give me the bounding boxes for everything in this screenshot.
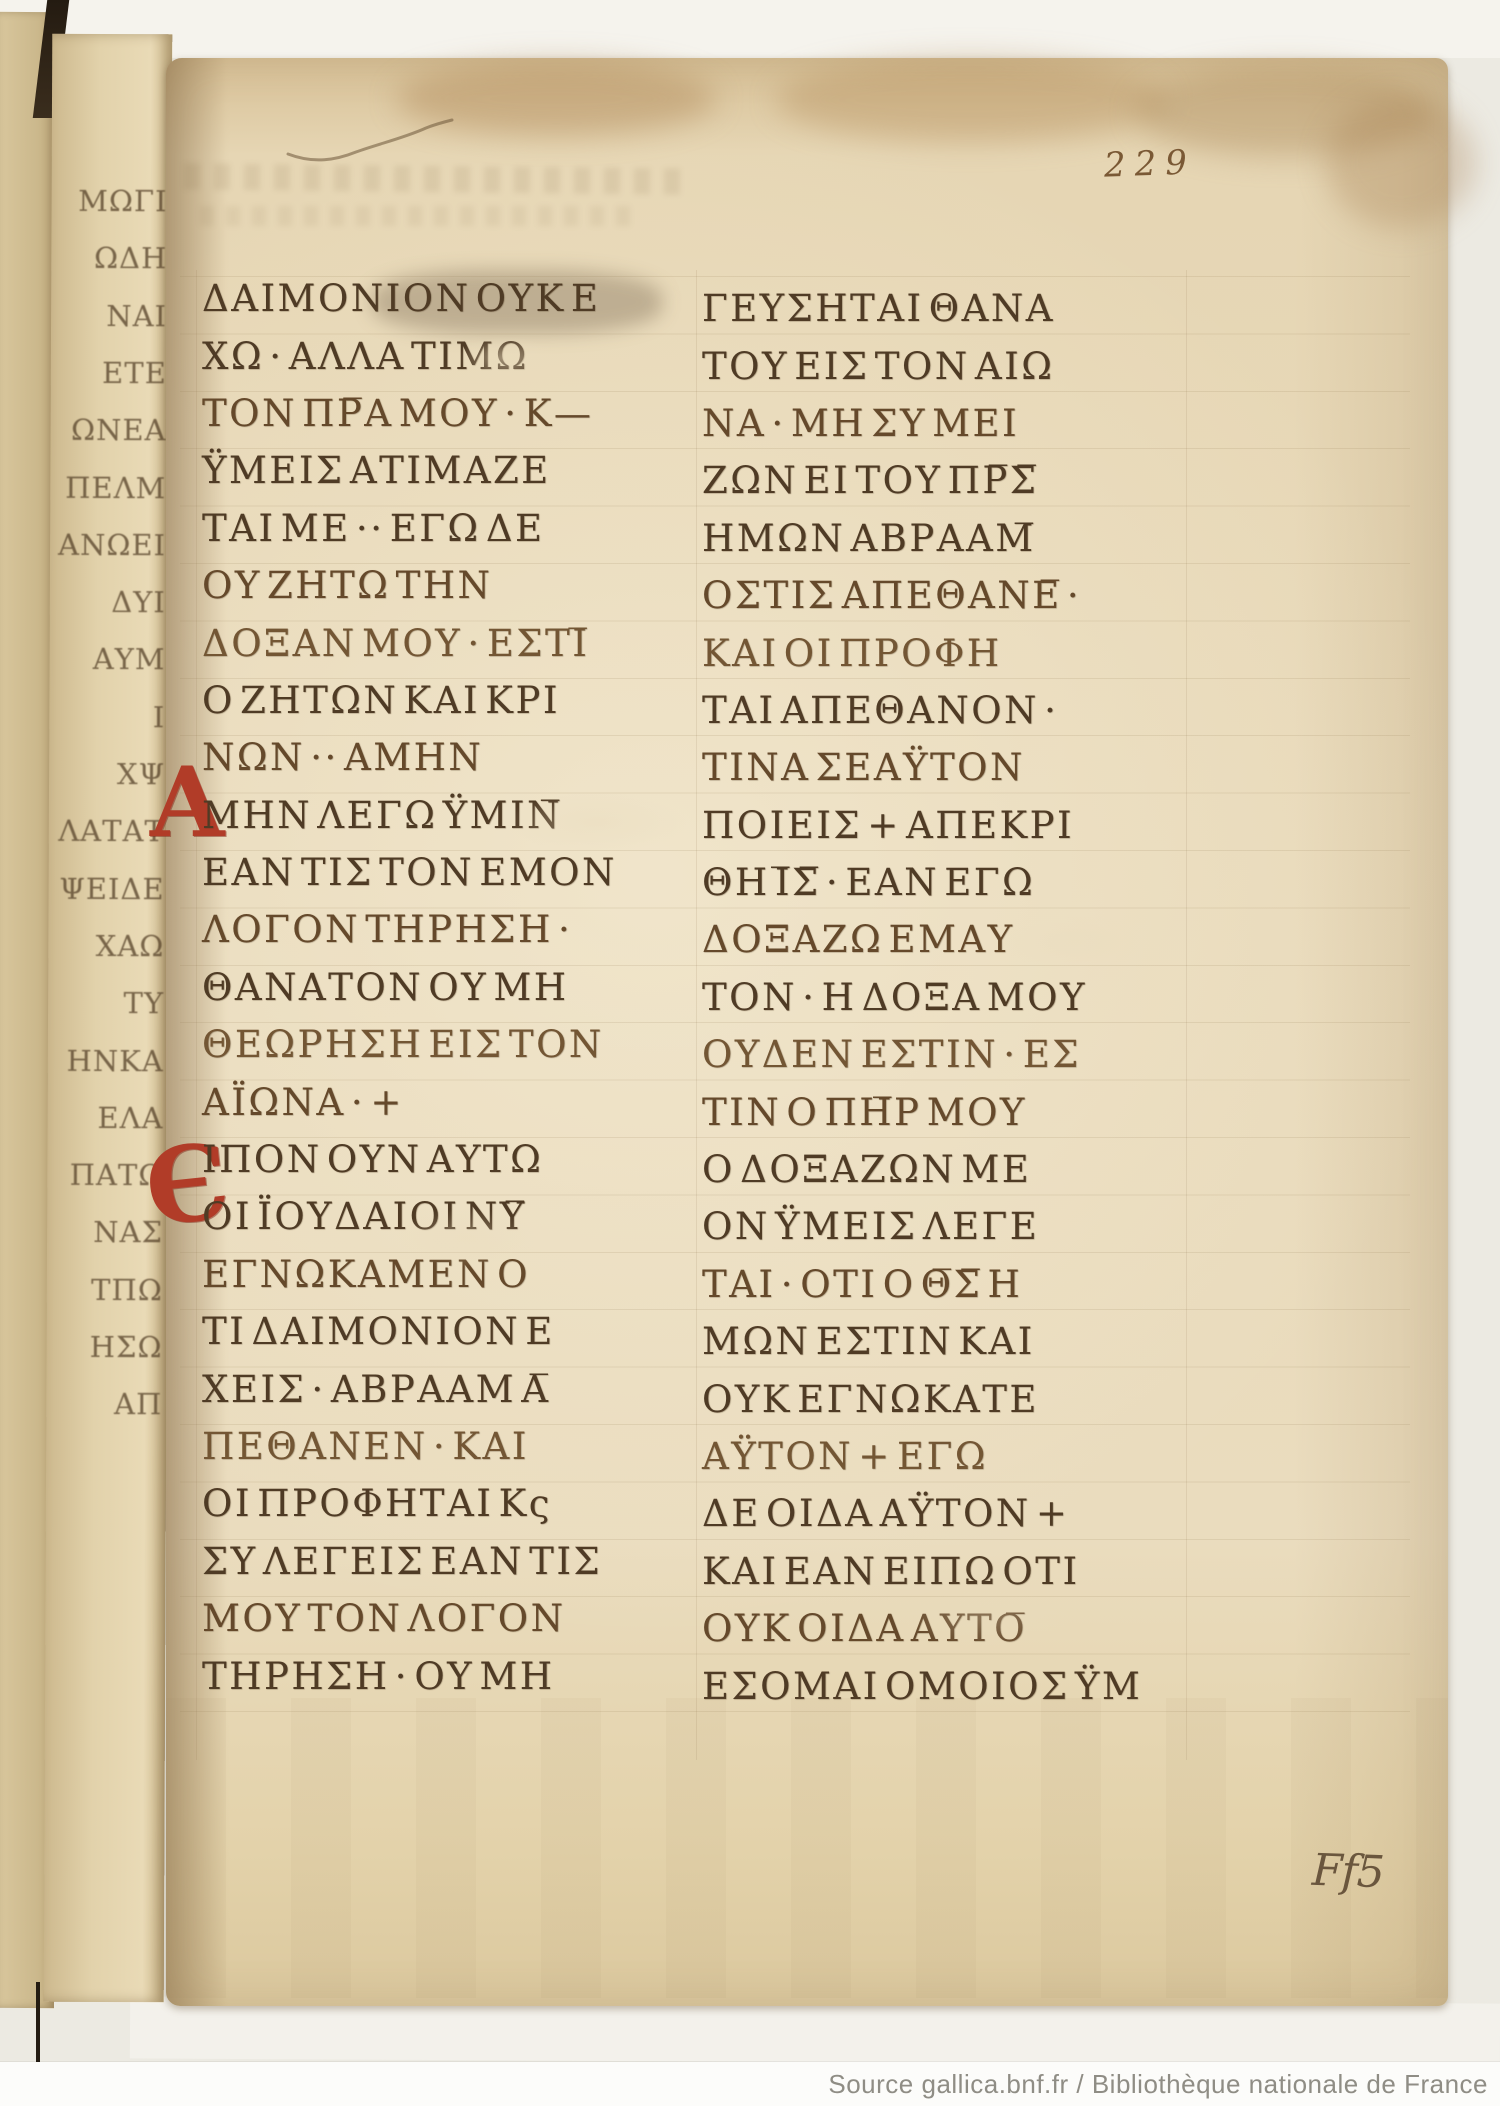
manuscript-text-line: ΟΙ ΠΡΟΦΗΤΑΙ Κς <box>202 1475 702 1532</box>
manuscript-text-line: ΜΩΝ ΕΣΤΙΝ ΚΑΙ <box>702 1313 1202 1370</box>
manuscript-text-line: ΤΟΥ ΕΙΣ ΤΟΝ ΑΙΩ <box>702 337 1202 394</box>
manuscript-text-line: ΠΕΘΑΝΕΝ · ΚΑΙ <box>202 1418 702 1475</box>
manuscript-text-line: ΚΑΙ ΟΙ ΠΡΟΦΗ <box>702 624 1202 681</box>
facing-page-text-fragment: ΔΥΙ <box>111 585 166 619</box>
facing-page-text-fragment: ΑΠ <box>114 1387 162 1421</box>
manuscript-text-line: ΙΠΟΝ ΟΥΝ ΑΥΤΩ <box>202 1131 702 1188</box>
parchment-stain <box>1326 98 1476 228</box>
facing-page-text-fragment: ΩΔΗ <box>94 241 167 275</box>
text-column-left: ΔΑΙΜΟΝΙΟΝ ΟΥΚ ΕΧΩ · ΑΛΛΑ ΤΙΜΩΤΟΝ ΠΡ̅Α ΜΟ… <box>202 270 702 1705</box>
manuscript-text-line: ΘΕΩΡΗΣΗ ΕΙΣ ΤΟΝ <box>202 1016 702 1073</box>
text-column-right: ΓΕΥΣΗΤΑΙ ΘΑΝΑΤΟΥ ΕΙΣ ΤΟΝ ΑΙΩΝΑ · ΜΗ ΣΥ Μ… <box>702 280 1202 1715</box>
binding-gutter-line <box>36 1982 40 2068</box>
ruling-vertical-line <box>196 270 197 1760</box>
manuscript-text-line: ΘΑΝΑΤΟΝ ΟΥ ΜΗ <box>202 959 702 1016</box>
manuscript-text-line: ΟΥΔΕΝ ΕΣΤΙΝ · ΕΣ <box>702 1026 1202 1083</box>
parchment-texture <box>166 1698 1448 1998</box>
manuscript-text-line: ΤΟΝ · Η ΔΟΞΑ ΜΟΥ <box>702 969 1202 1026</box>
manuscript-text-line: ΕΓΝΩΚΑΜΕΝ Ο <box>202 1246 702 1303</box>
facing-page-text-fragment: ΤΥ <box>123 986 164 1020</box>
facing-page-text-fragment: ΝΑΙ <box>106 299 167 333</box>
manuscript-text-line: ΘΗ Ι̅Σ̅ · ΕΑΝ ΕΓΩ <box>702 854 1202 911</box>
parchment-stain <box>776 58 1166 142</box>
facing-page-text-fragment: ΑΝΩΕΙ <box>58 528 166 562</box>
facing-page-text-fragment: Ι <box>153 700 166 734</box>
manuscript-text-line: ΔΟΞΑΝ ΜΟΥ · ΕΣΤΙ̅ <box>202 614 702 671</box>
manuscript-text-line: ΤΗΡΗΣΗ · ΟΥ ΜΗ <box>202 1647 702 1704</box>
manuscript-text-line: ΗΜΩΝ ΑΒΡΑΑΜ̅ <box>702 510 1202 567</box>
manuscript-text-line: ΕΑΝ ΤΙΣ ΤΟΝ ΕΜΟΝ <box>202 844 702 901</box>
digitized-manuscript-photo: ΜΩΓΙΩΔΗΝΑΙΕΤΕΩΝΕΑΠΕΛΜΑΝΩΕΙΔΥΙΑΥΜΙΧΨΛΑΤΑΤ… <box>0 0 1500 2106</box>
manuscript-text-line: ΣΥ ΛΕΓΕΙΣ ΕΑΝ ΤΙΣ <box>202 1533 702 1590</box>
facing-page-text-fragment: ΕΤΕ <box>102 356 167 390</box>
manuscript-text-line: ΤΙΝΑ ΣΕΑΫΤΟΝ <box>702 739 1202 796</box>
manuscript-text-line: ΝΩΝ ·· ΑΜΗΝ <box>202 729 702 786</box>
attribution-text: Source gallica.bnf.fr / Bibliothèque nat… <box>828 2069 1500 2100</box>
facing-page-text-fragment: ΗΝΚΑ <box>66 1043 163 1077</box>
manuscript-page: 229 Α Є ΔΑΙΜΟΝΙΟΝ ΟΥΚ ΕΧΩ · ΑΛΛΑ ΤΙΜΩΤΟΝ… <box>166 58 1448 2006</box>
manuscript-text-line: ΔΑΙΜΟΝΙΟΝ ΟΥΚ Ε <box>202 270 702 327</box>
manuscript-text-line: ΑΫΤΟΝ + ΕΓΩ <box>702 1428 1202 1485</box>
gallica-attribution-bar: Source gallica.bnf.fr / Bibliothèque nat… <box>0 2062 1500 2106</box>
photo-background-top-band <box>0 0 1500 58</box>
manuscript-text-line: ΤΑΙ ΑΠΕΘΑΝΟΝ · <box>702 682 1202 739</box>
manuscript-text-line: ΓΕΥΣΗΤΑΙ ΘΑΝΑ <box>702 280 1202 337</box>
shelfmark-annotation: Ff5 <box>1311 1845 1385 1898</box>
manuscript-text-line: ΝΑ · ΜΗ ΣΥ ΜΕΙ <box>702 395 1202 452</box>
facing-page-text-fragment: ΑΥΜ <box>93 642 166 676</box>
manuscript-text-line: ΟΣΤΙΣ ΑΠΕΘΑΝΕ̅ · <box>702 567 1202 624</box>
manuscript-text-line: ΖΩΝ ΕΙ ΤΟΥ ΠΡ̅Σ̅ <box>702 452 1202 509</box>
manuscript-text-line: ΧΕΙΣ · ΑΒΡΑΑΜ Α̅ <box>202 1360 702 1417</box>
manuscript-text-line: ΤΙΝ Ο ΠΗ̅Ρ ΜΟΥ <box>702 1083 1202 1140</box>
manuscript-text-line: ΧΩ · ΑΛΛΑ ΤΙΜΩ <box>202 327 702 384</box>
manuscript-text-line: ΔΟΞΑΖΩ ΕΜΑΥ <box>702 911 1202 968</box>
facing-page-text-fragment: ΩΝΕΑ <box>71 413 167 447</box>
facing-page-text-fragment: ΗΣΩ <box>90 1330 163 1364</box>
manuscript-text-line: ΑΪΩΝΑ · + <box>202 1073 702 1130</box>
manuscript-text-line: ΛΟΓΟΝ ΤΗΡΗΣΗ · <box>202 901 702 958</box>
manuscript-text-line: ΔΕ ΟΙΔΑ ΑΫΤΟΝ + <box>702 1485 1202 1542</box>
manuscript-text-line: ΫΜΕΙΣ ΑΤΙΜΑΖΕ <box>202 442 702 499</box>
manuscript-text-line: ΤΙ ΔΑΙΜΟΝΙΟΝ Ε <box>202 1303 702 1360</box>
manuscript-text-line: ΤΑΙ · ΟΤΙ Ο Θ̅Σ̅ Η <box>702 1256 1202 1313</box>
manuscript-text-line: ΠΟΙΕΙΣ + ΑΠΕΚΡΙ <box>702 797 1202 854</box>
text-showthrough <box>200 206 630 226</box>
manuscript-text-line: ΤΟΝ ΠΡ̅Α ΜΟΥ · Κ— <box>202 385 702 442</box>
manuscript-text-line: ΤΑΙ ΜΕ ·· ΕΓΩ ΔΕ <box>202 500 702 557</box>
folio-number: 229 <box>1103 142 1196 185</box>
facing-page-text-fragment: ΠΕΛΜ <box>65 470 166 504</box>
manuscript-text-line: ΜΟΥ ΤΟΝ ΛΟΓΟΝ <box>202 1590 702 1647</box>
manuscript-text-line: ΟΥΚ ΕΓΝΩΚΑΤΕ <box>702 1370 1202 1427</box>
manuscript-text-line: ΟΥΚ ΟΙΔΑ ΑΥΤΟ̅ <box>702 1600 1202 1657</box>
manuscript-text-line: Ο ΖΗΤΩΝ ΚΑΙ ΚΡΙ <box>202 672 702 729</box>
facing-page-text-fragment: ΜΩΓΙ <box>78 184 167 218</box>
manuscript-text-line: Ο ΔΟΞΑΖΩΝ ΜΕ <box>702 1141 1202 1198</box>
facing-page-text-fragment: ΨΕΙΔΕ <box>59 871 164 905</box>
photo-background-bottom-band <box>130 1996 1500 2065</box>
manuscript-text-line: ΟΙ ΪΟΥΔΑΙΟΙ ΝΥ̅ <box>202 1188 702 1245</box>
facing-page-text-fragment: ΤΠΩ <box>91 1273 163 1307</box>
facing-page-edge: ΜΩΓΙΩΔΗΝΑΙΕΤΕΩΝΕΑΠΕΛΜΑΝΩΕΙΔΥΙΑΥΜΙΧΨΛΑΤΑΤ… <box>44 34 173 2003</box>
facing-page-text-fragment: ΧΑΩ <box>96 929 165 963</box>
facing-page-text-fragment: ΛΑΤΑΤ <box>58 814 165 848</box>
manuscript-text-line: ΚΑΙ ΕΑΝ ΕΙΠΩ ΟΤΙ <box>702 1543 1202 1600</box>
manuscript-text-line: ΟΝ ΫΜΕΙΣ ΛΕΓΕ <box>702 1198 1202 1255</box>
text-showthrough <box>184 163 684 194</box>
manuscript-text-line: ΟΥ ΖΗΤΩ ΤΗΝ <box>202 557 702 614</box>
manuscript-text-line: ΜΗΝ ΛΕΓΩ ΫΜΙΝ̅ <box>202 787 702 844</box>
